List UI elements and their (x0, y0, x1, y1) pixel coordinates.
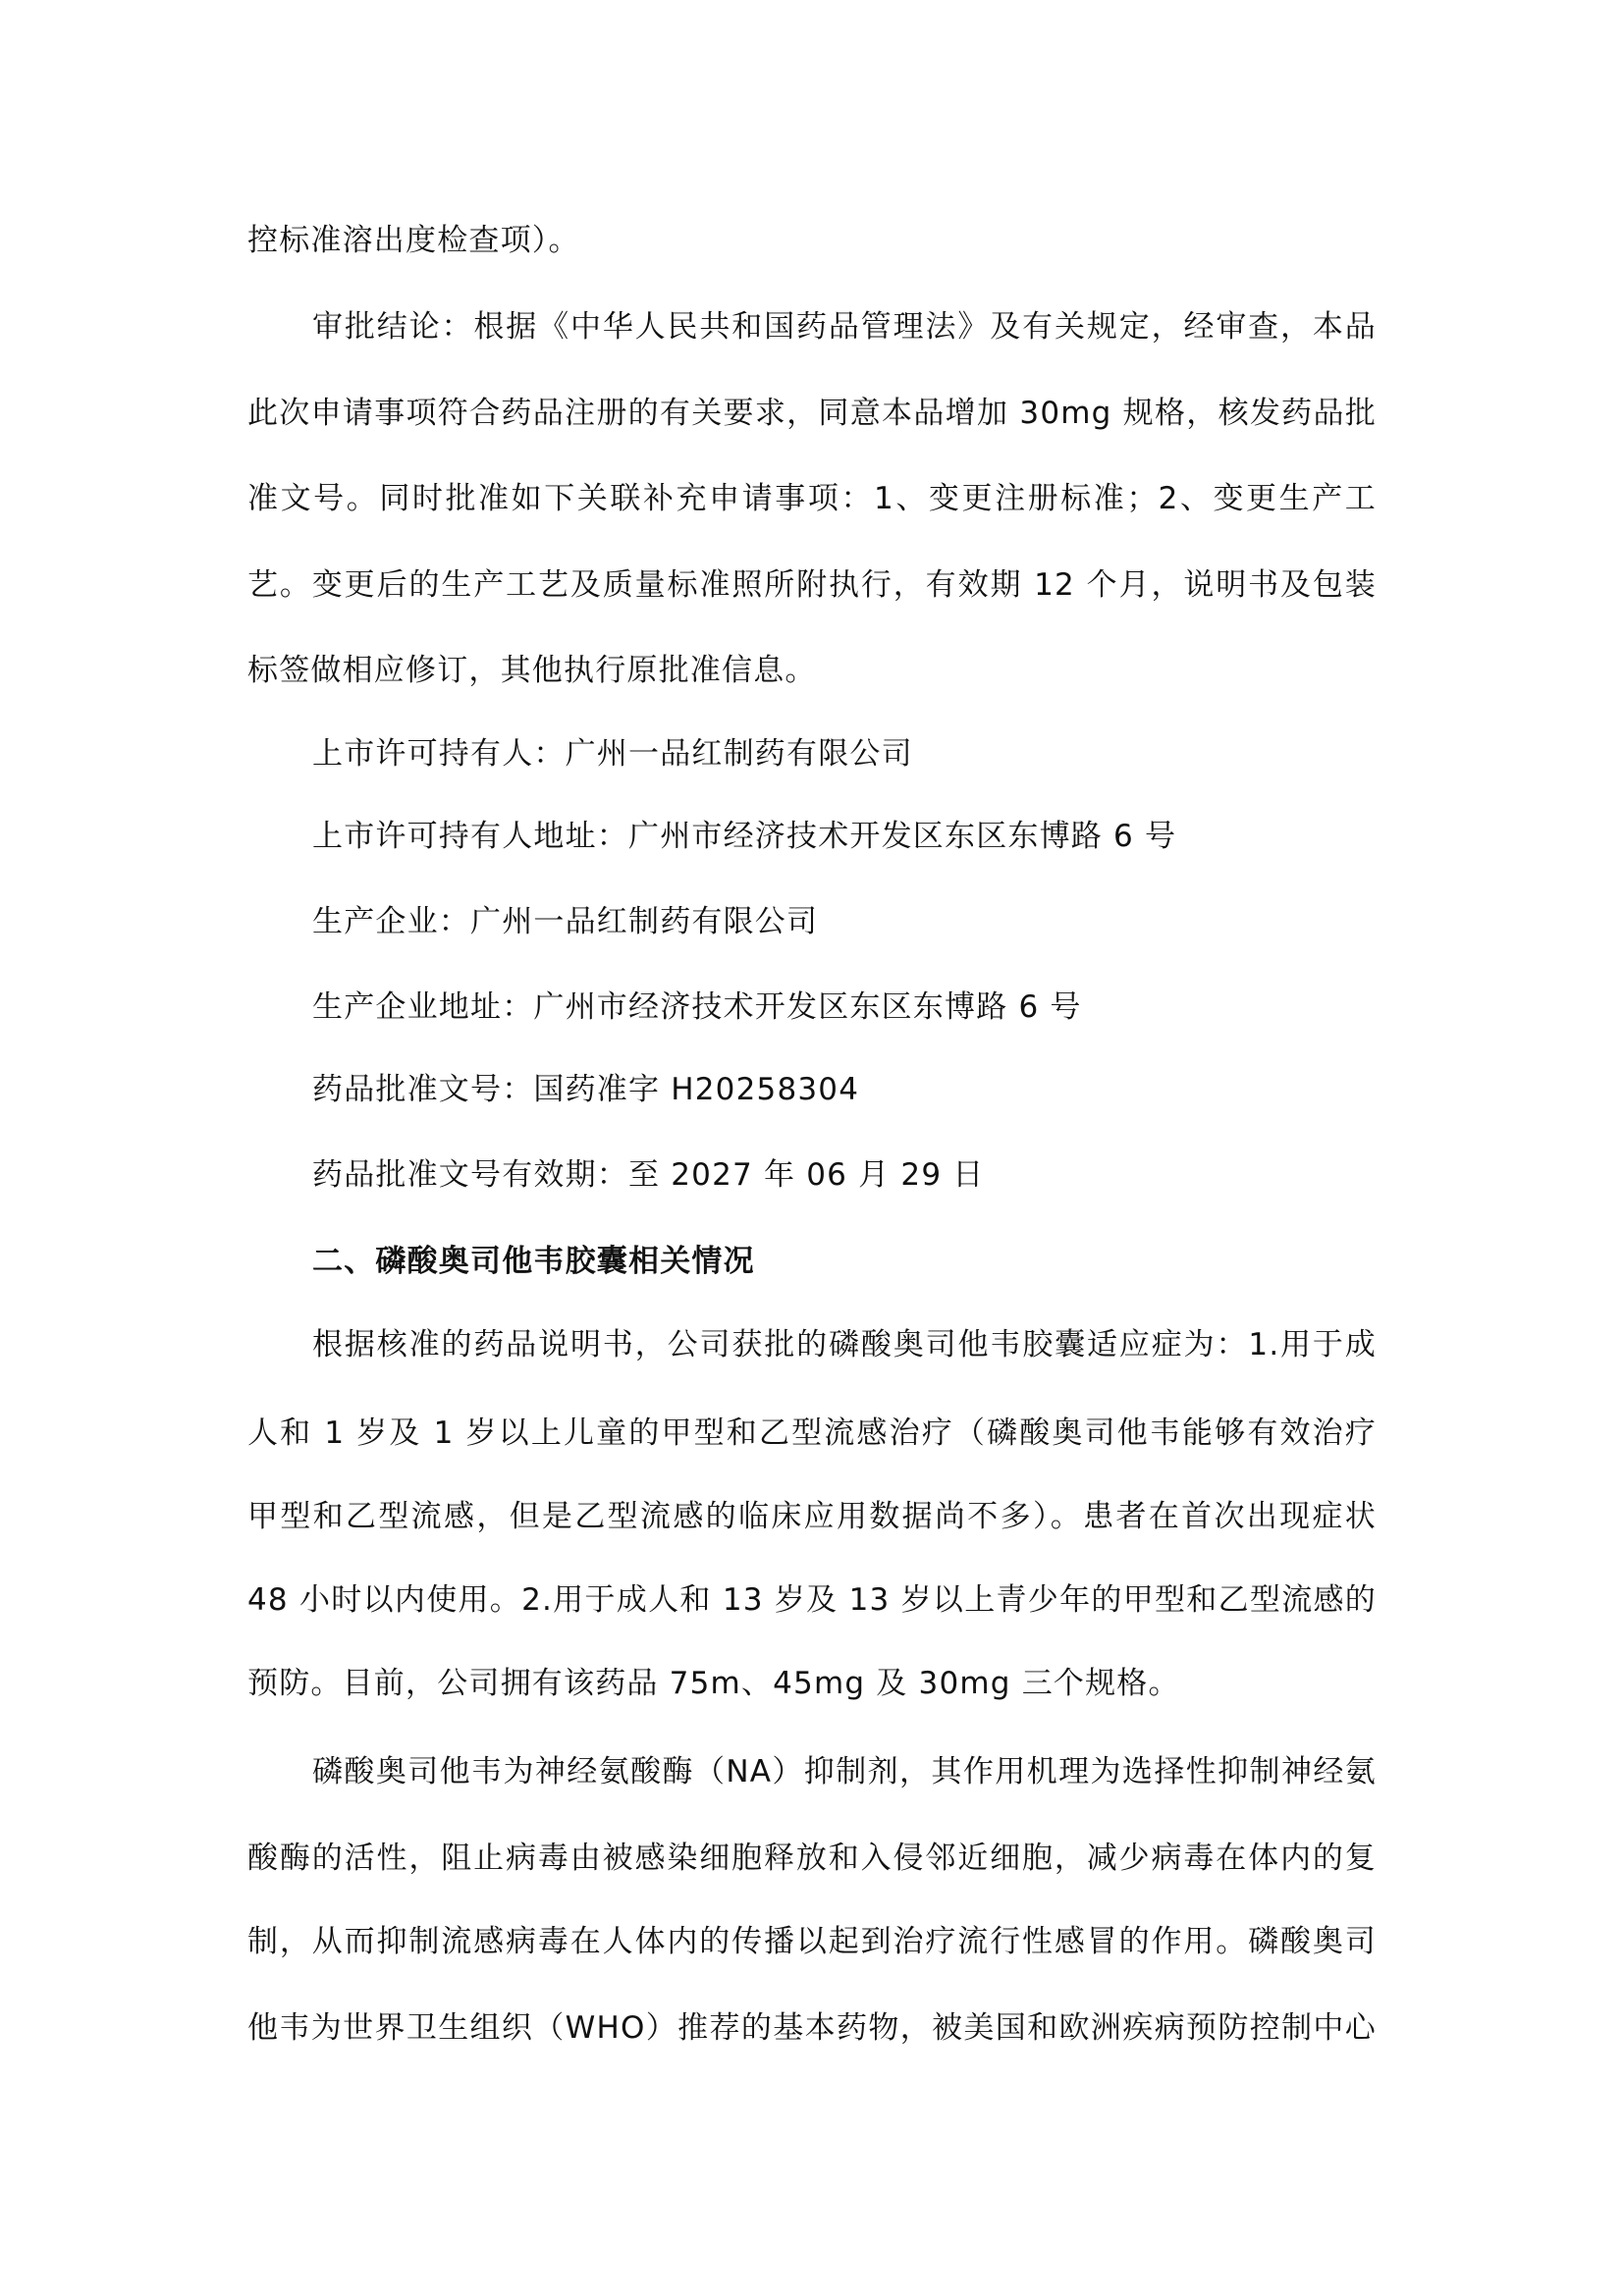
indications-line-4: 48 小时以内使用。2.用于成人和 13 岁及 13 岁以上青少年的甲型和乙型流… (247, 1578, 1377, 1622)
indications-line-3: 甲型和乙型流感，但是乙型流感的临床应用数据尚不多）。患者在首次出现症状 (247, 1495, 1377, 1538)
approval-conclusion-line-1: 审批结论：根据《中华人民共和国药品管理法》及有关规定，经审查，本品 (312, 305, 1377, 348)
drug-approval-validity: 药品批准文号有效期：至 2027 年 06 月 29 日 (312, 1153, 1377, 1197)
mechanism-line-4: 他韦为世界卫生组织（WHO）推荐的基本药物，被美国和欧洲疾病预防控制中心 (247, 2006, 1377, 2050)
manufacturer-address: 生产企业地址：广州市经济技术开发区东区东博路 6 号 (312, 986, 1377, 1029)
approval-conclusion-line-5: 标签做相应修订，其他执行原批准信息。 (247, 649, 1377, 692)
section-heading: 二、磷酸奥司他韦胶囊相关情况 (312, 1240, 1377, 1283)
approval-conclusion-line-2: 此次申请事项符合药品注册的有关要求，同意本品增加 30mg 规格，核发药品批 (247, 392, 1377, 435)
marketing-authorization-holder-address: 上市许可持有人地址：广州市经济技术开发区东区东博路 6 号 (312, 815, 1377, 858)
indications-line-1: 根据核准的药品说明书，公司获批的磷酸奥司他韦胶囊适应症为：1.用于成 (312, 1323, 1377, 1366)
document-page: 控标准溶出度检查项）。 审批结论：根据《中华人民共和国药品管理法》及有关规定，经… (0, 0, 1624, 2296)
mechanism-line-3: 制，从而抑制流感病毒在人体内的传播以起到治疗流行性感冒的作用。磷酸奥司 (247, 1920, 1377, 1963)
marketing-authorization-holder: 上市许可持有人：广州一品红制药有限公司 (312, 732, 1377, 775)
indications-line-2: 人和 1 岁及 1 岁以上儿童的甲型和乙型流感治疗（磷酸奥司他韦能够有效治疗 (247, 1412, 1377, 1455)
approval-conclusion-line-4: 艺。变更后的生产工艺及质量标准照所附执行，有效期 12 个月，说明书及包装 (247, 563, 1377, 607)
paragraph-continuation-line: 控标准溶出度检查项）。 (247, 219, 1377, 262)
indications-line-5: 预防。目前，公司拥有该药品 75m、45mg 及 30mg 三个规格。 (247, 1662, 1377, 1705)
mechanism-line-1: 磷酸奥司他韦为神经氨酸酶（NA）抑制剂，其作用机理为选择性抑制神经氨 (312, 1750, 1377, 1793)
drug-approval-number: 药品批准文号：国药准字 H20258304 (312, 1068, 1377, 1111)
manufacturer: 生产企业：广州一品红制药有限公司 (312, 900, 1377, 943)
mechanism-line-2: 酸酶的活性，阻止病毒由被感染细胞释放和入侵邻近细胞，减少病毒在体内的复 (247, 1837, 1377, 1880)
approval-conclusion-line-3: 准文号。同时批准如下关联补充申请事项：1、变更注册标准；2、变更生产工 (247, 477, 1377, 520)
